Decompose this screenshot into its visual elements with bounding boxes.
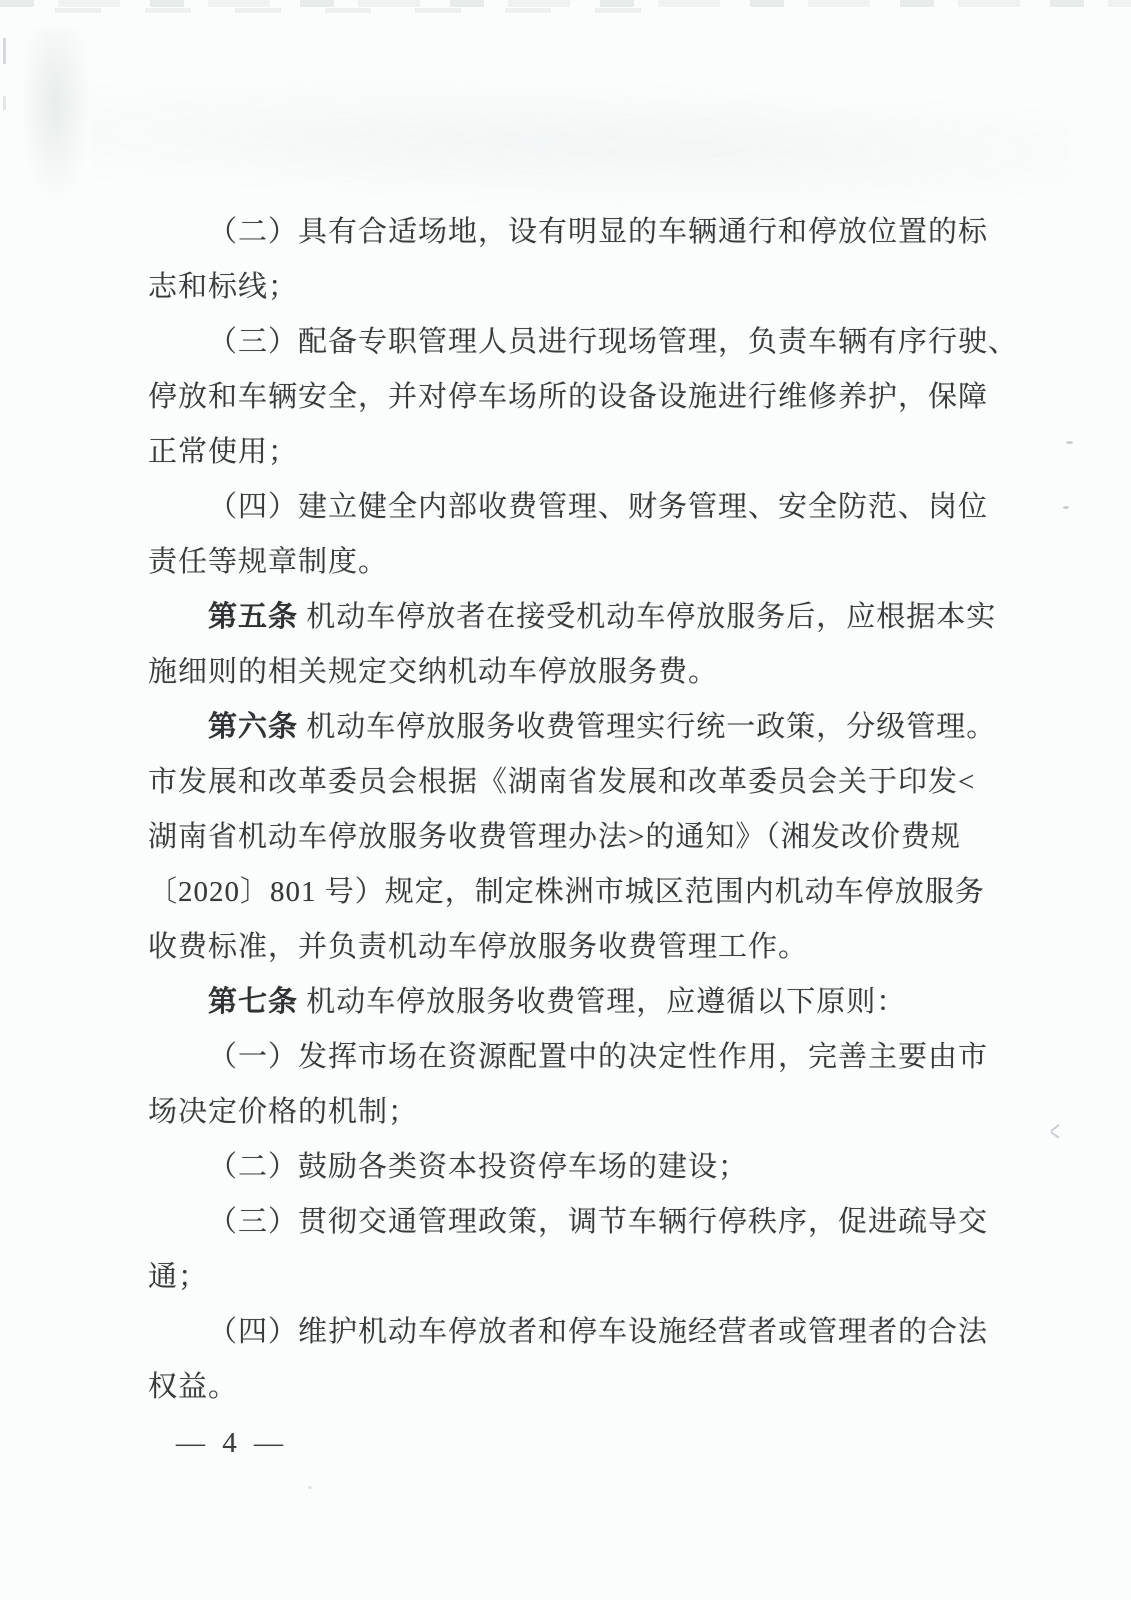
line-text: （二）鼓励各类资本投资停车场的建设； <box>208 1151 748 1183</box>
text-line: 责任等规章制度。 <box>148 535 980 590</box>
text-line: 场决定价格的机制； <box>148 1085 980 1140</box>
line-text: 市发展和改革委员会根据《湖南省发展和改革委员会关于印发< <box>148 766 975 798</box>
article-heading: 第五条 <box>208 601 298 633</box>
text-line: 第七条 机动车停放服务收费管理，应遵循以下原则： <box>148 975 980 1030</box>
line-text: 通； <box>148 1261 208 1293</box>
line-text: 〔2020〕801 号）规定，制定株洲市城区范围内机动车停放服务 <box>148 876 985 908</box>
scan-pen-mark <box>1048 1124 1060 1140</box>
text-line: 〔2020〕801 号）规定，制定株洲市城区范围内机动车停放服务 <box>148 865 980 920</box>
text-line: 权益。 <box>148 1360 980 1415</box>
text-line: （二）具有合适场地，设有明显的车辆通行和停放位置的标 <box>148 205 980 260</box>
line-text: 停放和车辆安全，并对停车场所的设备设施进行维修养护，保障 <box>148 381 988 413</box>
text-line: 志和标线； <box>148 260 980 315</box>
line-text: 正常使用； <box>148 436 298 468</box>
text-line: 正常使用； <box>148 425 980 480</box>
text-line: 通； <box>148 1250 980 1305</box>
line-text: 湖南省机动车停放服务收费管理办法>的通知》（湘发改价费规 <box>148 821 961 853</box>
line-text: （四）建立健全内部收费管理、财务管理、安全防范、岗位 <box>208 491 988 523</box>
line-text: （二）具有合适场地，设有明显的车辆通行和停放位置的标 <box>208 216 988 248</box>
text-line: （二）鼓励各类资本投资停车场的建设； <box>148 1140 980 1195</box>
line-text: 责任等规章制度。 <box>148 546 388 578</box>
line-text: 机动车停放服务收费管理实行统一政策，分级管理。 <box>298 711 996 743</box>
page-number: — 4 — <box>176 1418 288 1468</box>
line-text: 志和标线； <box>148 271 298 303</box>
line-text: 机动车停放服务收费管理，应遵循以下原则： <box>298 986 906 1018</box>
text-line: 施细则的相关规定交纳机动车停放服务费。 <box>148 645 980 700</box>
text-line: 停放和车辆安全，并对停车场所的设备设施进行维修养护，保障 <box>148 370 980 425</box>
text-line: （四）维护机动车停放者和停车设施经营者或管理者的合法 <box>148 1305 980 1360</box>
text-line: （三）配备专职管理人员进行现场管理，负责车辆有序行驶、 <box>148 315 980 370</box>
text-line: （四）建立健全内部收费管理、财务管理、安全防范、岗位 <box>148 480 980 535</box>
line-text: （四）维护机动车停放者和停车设施经营者或管理者的合法 <box>208 1316 988 1348</box>
document-body: （二）具有合适场地，设有明显的车辆通行和停放位置的标 志和标线； （三）配备专职… <box>148 205 980 1415</box>
scan-artifact-top-band-2 <box>55 8 675 13</box>
line-text: （三）配备专职管理人员进行现场管理，负责车辆有序行驶、 <box>208 326 1018 358</box>
line-text: 权益。 <box>148 1371 238 1403</box>
text-line: 第六条 机动车停放服务收费管理实行统一政策，分级管理。 <box>148 700 980 755</box>
scan-speck <box>1063 506 1069 509</box>
scan-speck <box>308 1486 312 1489</box>
scanned-page: （二）具有合适场地，设有明显的车辆通行和停放位置的标 志和标线； （三）配备专职… <box>0 0 1131 1600</box>
line-text: （一）发挥市场在资源配置中的决定性作用，完善主要由市 <box>208 1041 988 1073</box>
article-heading: 第七条 <box>208 986 298 1018</box>
line-text: 机动车停放者在接受机动车停放服务后，应根据本实 <box>298 601 996 633</box>
text-line: （一）发挥市场在资源配置中的决定性作用，完善主要由市 <box>148 1030 980 1085</box>
scan-speck <box>1066 441 1073 444</box>
scan-edge-mark <box>3 96 6 110</box>
line-text: 场决定价格的机制； <box>148 1096 418 1128</box>
scan-bleed-through <box>90 80 1070 210</box>
text-line: 收费标准，并负责机动车停放服务收费管理工作。 <box>148 920 980 975</box>
line-text: （三）贯彻交通管理政策，调节车辆行停秩序，促进疏导交 <box>208 1206 988 1238</box>
text-line: 湖南省机动车停放服务收费管理办法>的通知》（湘发改价费规 <box>148 810 980 865</box>
line-text: 收费标准，并负责机动车停放服务收费管理工作。 <box>148 931 808 963</box>
article-heading: 第六条 <box>208 711 298 743</box>
text-line: 市发展和改革委员会根据《湖南省发展和改革委员会关于印发< <box>148 755 980 810</box>
scan-artifact-top-band <box>0 0 1131 7</box>
line-text: 施细则的相关规定交纳机动车停放服务费。 <box>148 656 718 688</box>
scan-smudge <box>24 30 94 210</box>
scan-edge-mark <box>3 38 6 64</box>
text-line: 第五条 机动车停放者在接受机动车停放服务后，应根据本实 <box>148 590 980 645</box>
text-line: （三）贯彻交通管理政策，调节车辆行停秩序，促进疏导交 <box>148 1195 980 1250</box>
